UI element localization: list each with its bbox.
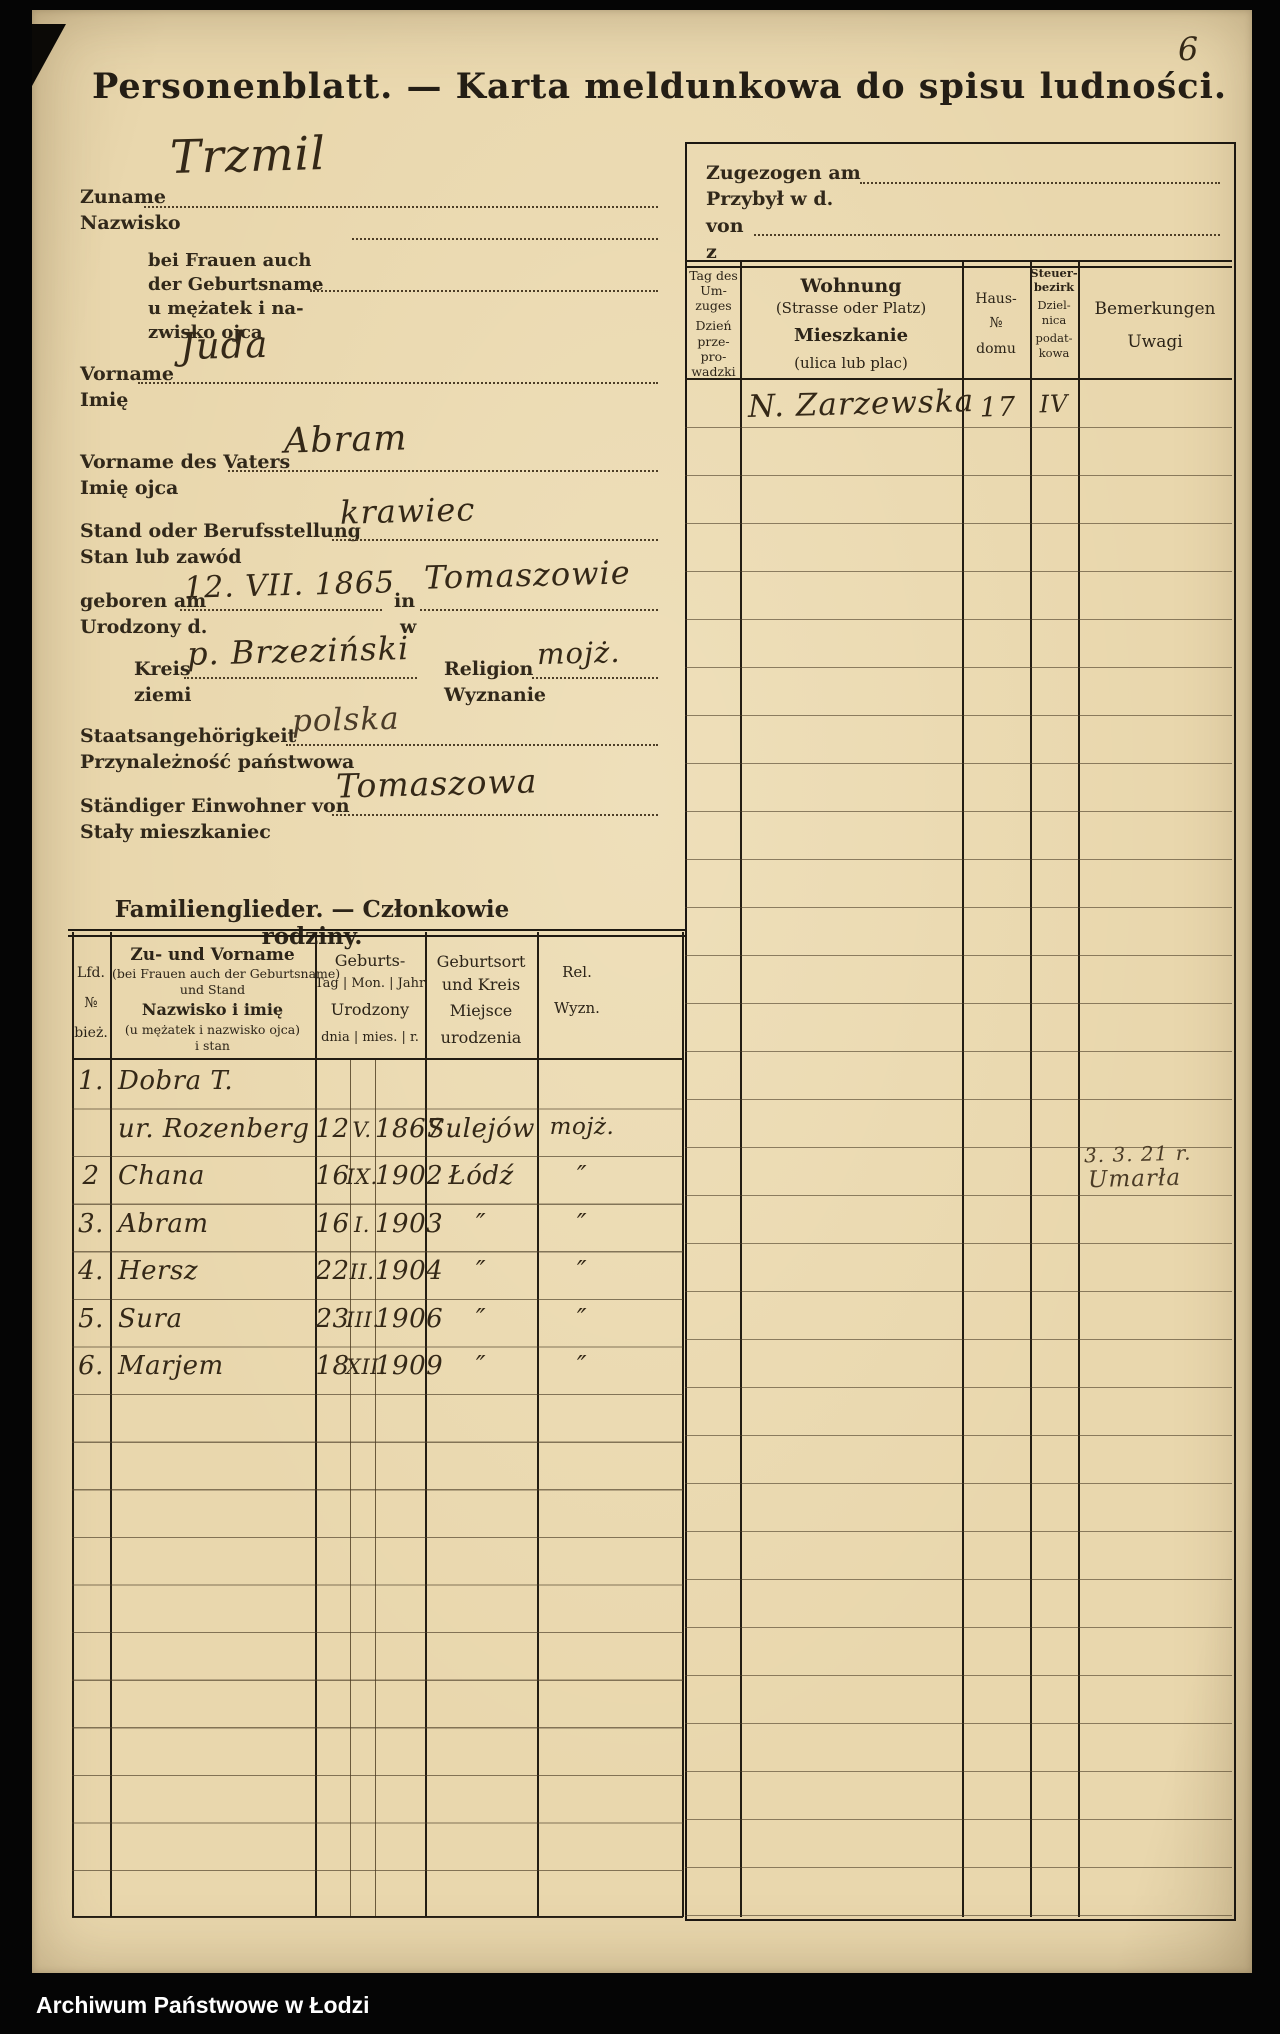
family-row: 6. Marjem 18 XII. 1909 ″ ″ [72,1347,683,1393]
firstname-value: Juda [179,323,269,368]
family-row: 2 Chana 16 IX. 1902 Łódź ″ [72,1157,683,1203]
address-house-value: 17 [970,391,1027,423]
firstname-label-pl: Imię [80,389,128,411]
born-in-label-de: in [394,590,415,612]
maiden-note-line3: u mężatek i na- [148,298,304,319]
family-row: 5. Sura 23 III. 1906 ″ ″ [72,1300,683,1346]
resident-value: Tomaszowa [336,761,538,805]
family-table-top-rule [68,929,687,937]
surname-label-de: Zuname [80,186,166,208]
resident-label-de: Ständiger Einwohner von [80,795,350,817]
born-place-dotted-line [420,609,658,611]
address-col-house-header: Haus- № domu [962,288,1030,362]
kreis-label-pl: ziemi [134,684,191,706]
family-col-birth-header: Geburts- Tag | Mon. | Jahr Urodzony dnia… [315,948,425,1050]
family-section-title: Familienglieder. — Członkowie rodziny. [72,896,552,950]
scanned-document-page: { "colors": { "paper": "#e9d7ad", "ink":… [0,0,1280,2034]
kreis-value: p. Brzeziński [187,629,410,673]
citizenship-label-pl: Przynależność państwowa [80,751,354,773]
born-place-value: Tomaszowie [424,553,632,596]
address-col-day-header: Tag des Um- zuges Dzień prze- pro- wadzk… [687,268,740,379]
occupation-dotted-line [332,539,658,541]
occupation-value: krawiec [340,490,476,532]
address-district-value: IV [1032,389,1077,418]
surname-label-pl: Nazwisko [80,212,181,234]
maiden-dotted-line [310,290,658,292]
father-value: Abram [283,418,407,461]
father-label-pl: Imię ojca [80,477,178,499]
surname-value: Trzmil [169,126,326,184]
religion-label-pl: Wyznanie [444,684,546,706]
family-row: 1. Dobra T. [72,1062,683,1108]
family-row: 4. Hersz 22 II. 1904 ″ ″ [72,1252,683,1298]
family-row: ur. Rozenberg 12 V. 1867 Sulejów mojż. [72,1110,683,1156]
firstname-dotted-line [138,382,658,384]
born-date-dotted-line [180,609,382,611]
address-col-dwelling-header: Wohnung (Strasse oder Platz) Mieszkanie … [740,274,962,373]
page-title: Personenblatt. — Karta meldunkowa do spi… [92,66,1192,107]
born-date-value: 12. VII. 1865 [184,565,396,606]
resident-dotted-line [332,814,658,816]
surname-dotted-line-2 [352,238,658,240]
family-col-no-header: Lfd. № bież. [72,958,110,1048]
address-street-value: N. Zarzewska [748,383,975,425]
kreis-dotted-line [184,677,417,679]
religion-value: mojż. [537,635,621,671]
family-col-birthplace-header: Geburtsort und Kreis Miejsce urodzenia [425,950,537,1049]
citizenship-label-de: Staatsangehörigkeit [80,725,296,747]
family-header-separator [72,1058,683,1060]
citizenship-dotted-line [286,744,658,746]
occupation-label-pl: Stan lub zawód [80,546,242,568]
arrival-von-dotted [754,234,1220,236]
handwritten-page-number: 6 [1178,30,1200,69]
remark-note-line2: Umarła [1088,1165,1182,1193]
archive-caption: Archiwum Państwowe w Łodzi [36,1992,370,2019]
father-dotted-line [228,470,658,472]
arrival-przybyl-label: Przybył w d. [706,188,833,210]
arrival-von-label: von [706,215,744,237]
remark-note-line1: 3. 3. 21 r. [1084,1141,1192,1168]
surname-dotted-line [144,206,658,208]
scan-corner-artifact [32,24,66,86]
resident-label-pl: Stały mieszkaniec [80,821,271,843]
document-paper: Personenblatt. — Karta meldunkowa do spi… [32,10,1252,1973]
kreis-label-de: Kreis [134,658,191,680]
address-col-remarks-header: Bemerkungen Uwagi [1078,296,1232,362]
arrival-zugezogen-label: Zugezogen am [706,162,861,184]
religion-label-de: Religion [444,658,533,680]
arrival-zugezogen-dotted [860,182,1220,184]
family-col-name-header: Zu- und Vorname (bei Frauen auch der Geb… [112,944,313,1054]
family-col-rel-header: Rel. Wyzn. [537,960,617,1032]
religion-dotted-line [532,677,658,679]
maiden-note-line1: bei Frauen auch [148,250,311,271]
citizenship-value: polska [292,701,401,740]
occupation-label-de: Stand oder Berufsstellung [80,520,361,542]
address-col-district-header: Steuer- bezirk Dziel- nica podat- kowa [1030,266,1078,360]
address-table-top-rule [685,260,1232,268]
family-row: 3. Abram 16 I. 1903 ″ ″ [72,1205,683,1251]
maiden-note-line2: der Geburtsname [148,274,323,295]
